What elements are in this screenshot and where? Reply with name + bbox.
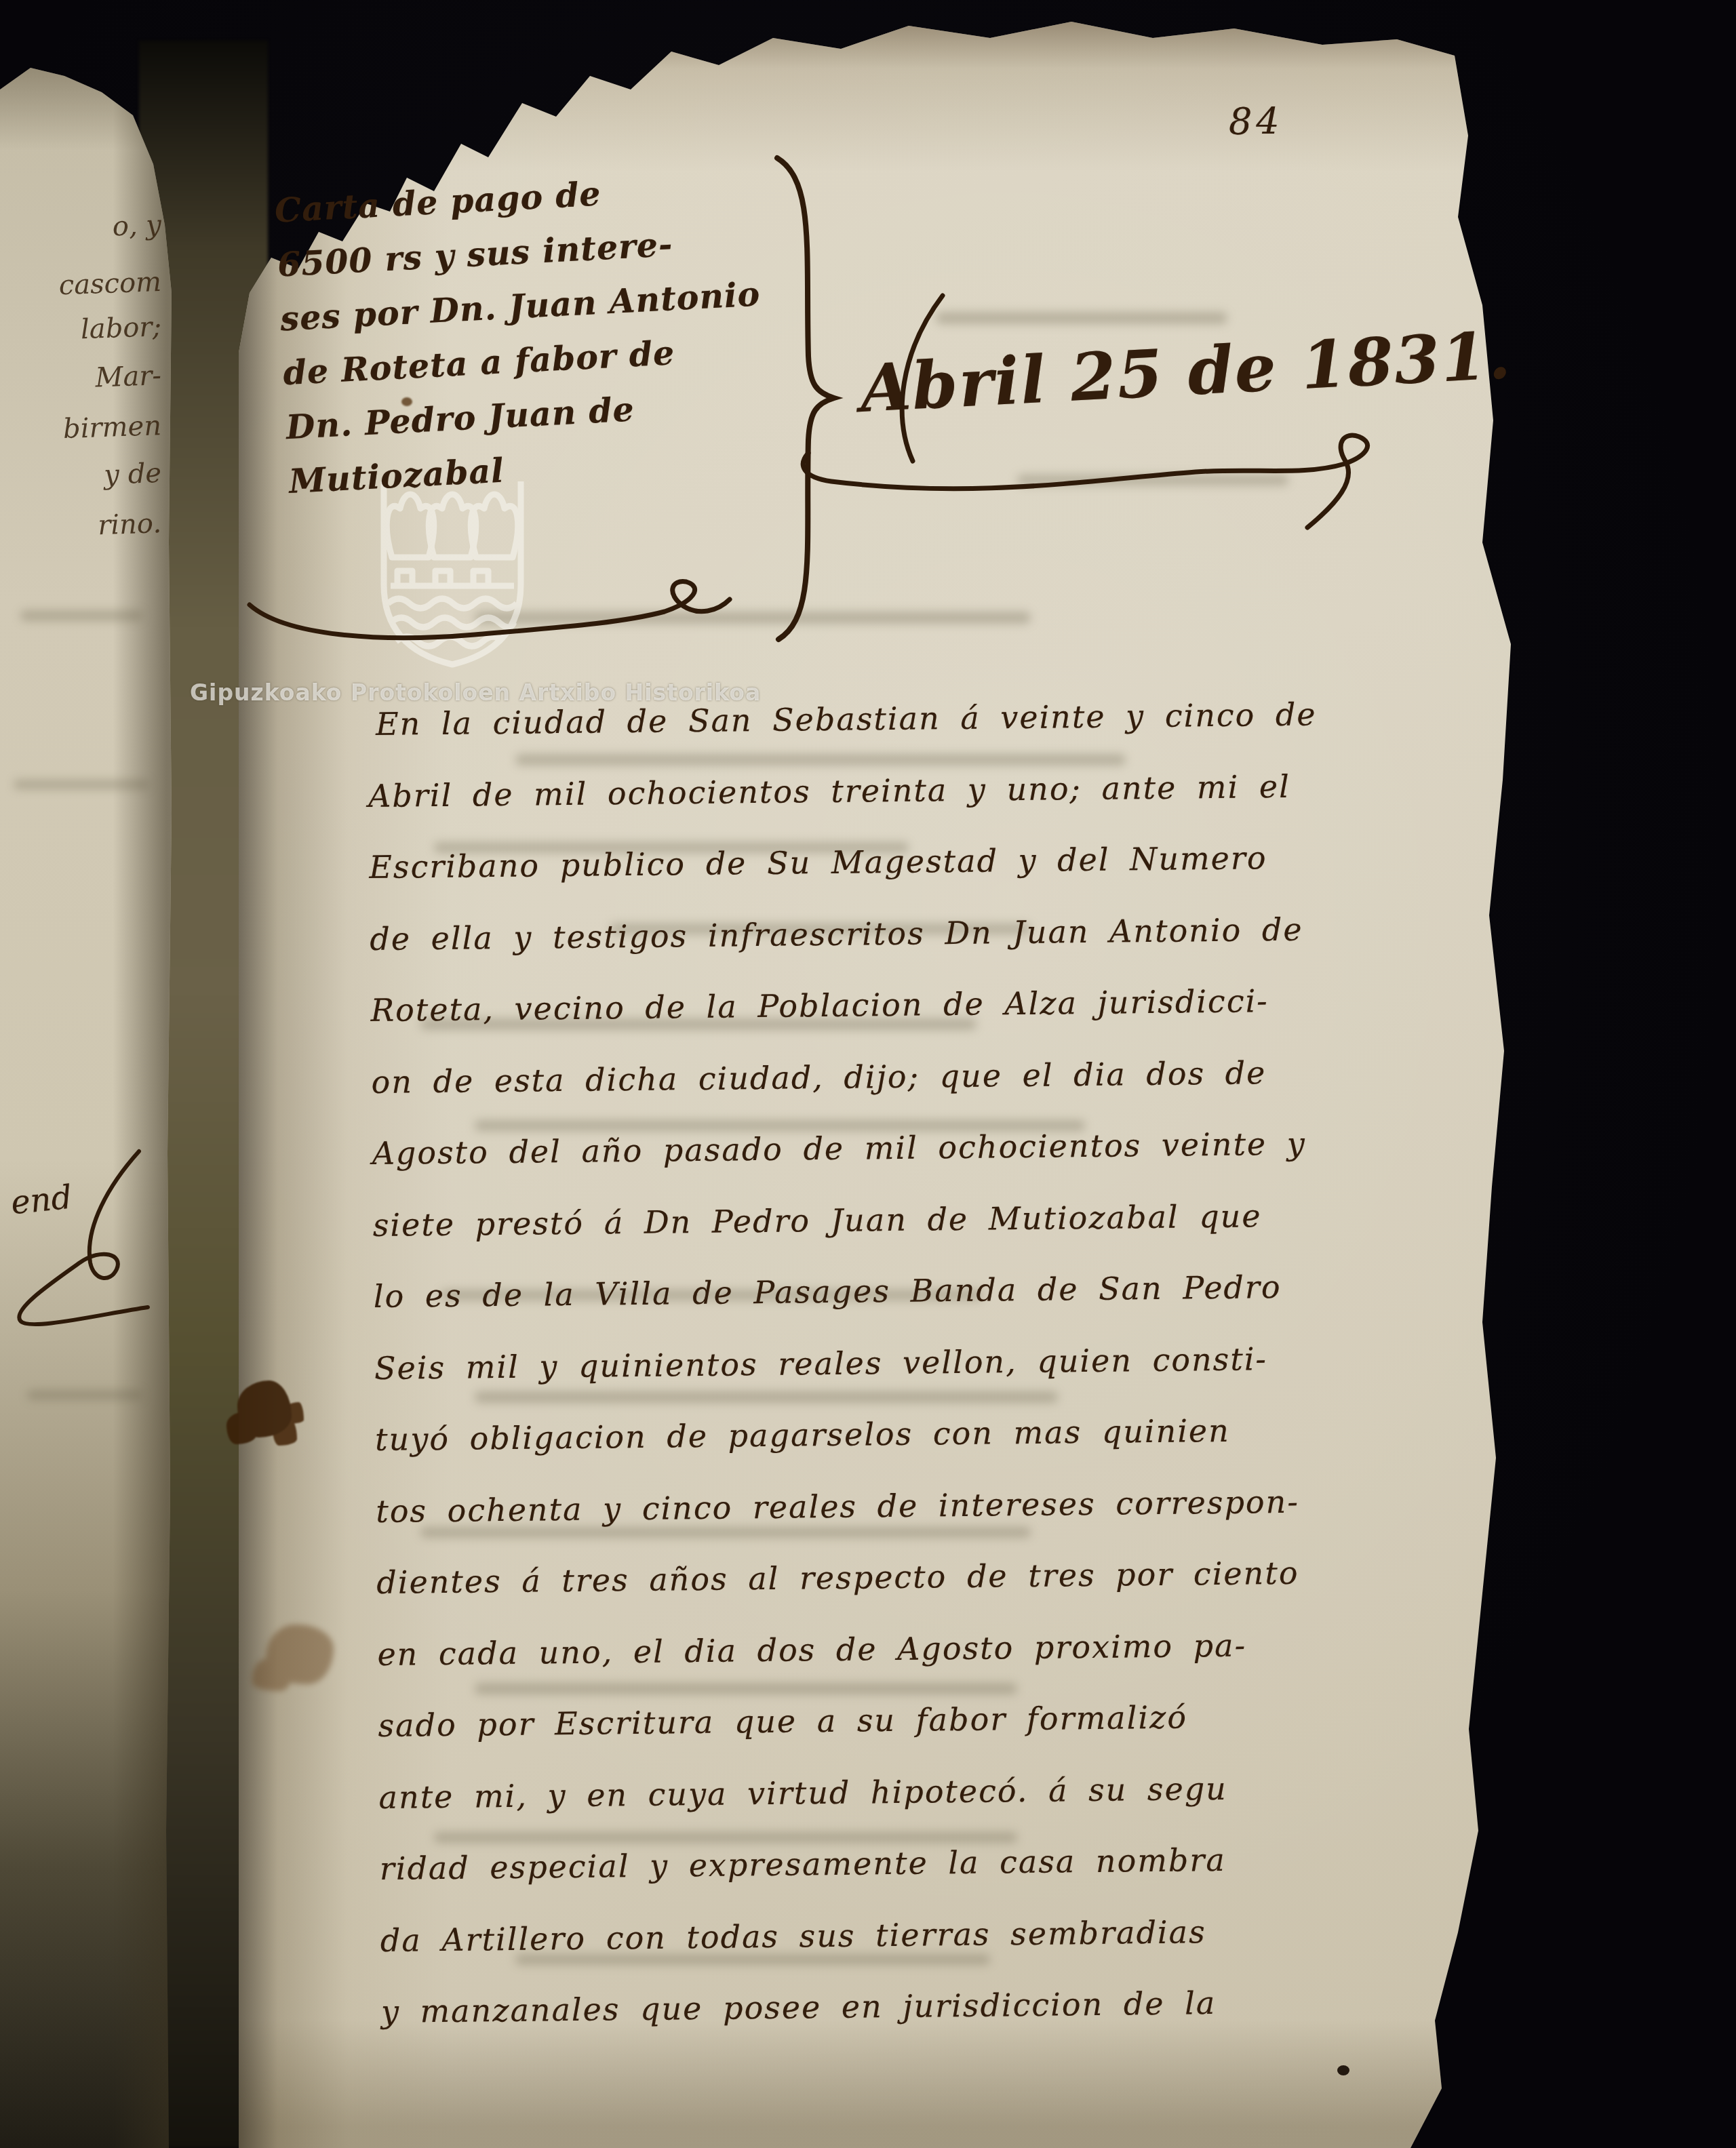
body-line: En la ciudad de San Sebastian á veinte y… [368,678,1406,761]
body-line: ante mi, y en cuya virtud hipotecó. á su… [378,1751,1417,1833]
left-page-line: rino. [0,499,169,554]
dateline-flourish [799,290,1402,609]
body-line: sado por Escritura que a su fabor formal… [378,1679,1416,1762]
ink-speck [401,397,412,406]
body-line: Abril de mil ochocientos treinta y uno; … [368,750,1406,833]
ink-speck [1337,2065,1349,2075]
body-line: on de esta dicha ciudad, dijo; que el di… [371,1036,1409,1119]
body-line: Roteta, vecino de la Poblacion de Alza j… [370,964,1408,1047]
body-line: da Artillero con todas sus tierras sembr… [380,1894,1418,1976]
ink-smudge [266,1625,334,1684]
body-line: y manzanales que posee en jurisdiccion d… [380,1966,1419,2048]
deed-body: En la ciudad de San Sebastian á veinte y… [368,678,1419,2048]
body-line: tos ochenta y cinco reales de intereses … [376,1465,1414,1547]
manuscript-photo: o, y cascom labor; Mar- birmen y de rino… [0,0,1736,2148]
margin-note-swash [244,540,739,669]
ink-blot [237,1380,292,1437]
page-number: 84 [1229,100,1284,143]
body-line: en cada uno, el dia dos de Agosto proxim… [377,1608,1415,1690]
body-line: Escribano publico de Su Magestad y del N… [369,821,1407,904]
left-page-line: Mar- [0,351,169,406]
left-page-line: y de [0,449,169,504]
body-line: ridad especial y expresamente la casa no… [379,1823,1417,1905]
body-line: de ella y testigos infraescritos Dn Juan… [370,893,1408,976]
body-line: tuyó obligacion de pagarselos con mas qu… [375,1393,1413,1476]
left-page-line: o, y [0,201,169,256]
body-line: dientes á tres años al respecto de tres … [376,1536,1415,1619]
left-page-line: labor; [0,302,169,357]
body-line: siete prestó á Dn Pedro Juan de Mutiozab… [372,1179,1410,1262]
body-line: Seis mil y quinientos reales vellon, qui… [374,1321,1412,1404]
rubric-flourish [0,1146,176,1342]
body-line: Agosto del año pasado de mil ochocientos… [372,1107,1410,1190]
margin-note: Carta de pago de 6500 rs y sus intere- s… [273,156,818,509]
body-line: lo es de la Villa de Pasages Banda de Sa… [373,1250,1411,1333]
left-page-line: birmen [0,401,169,456]
